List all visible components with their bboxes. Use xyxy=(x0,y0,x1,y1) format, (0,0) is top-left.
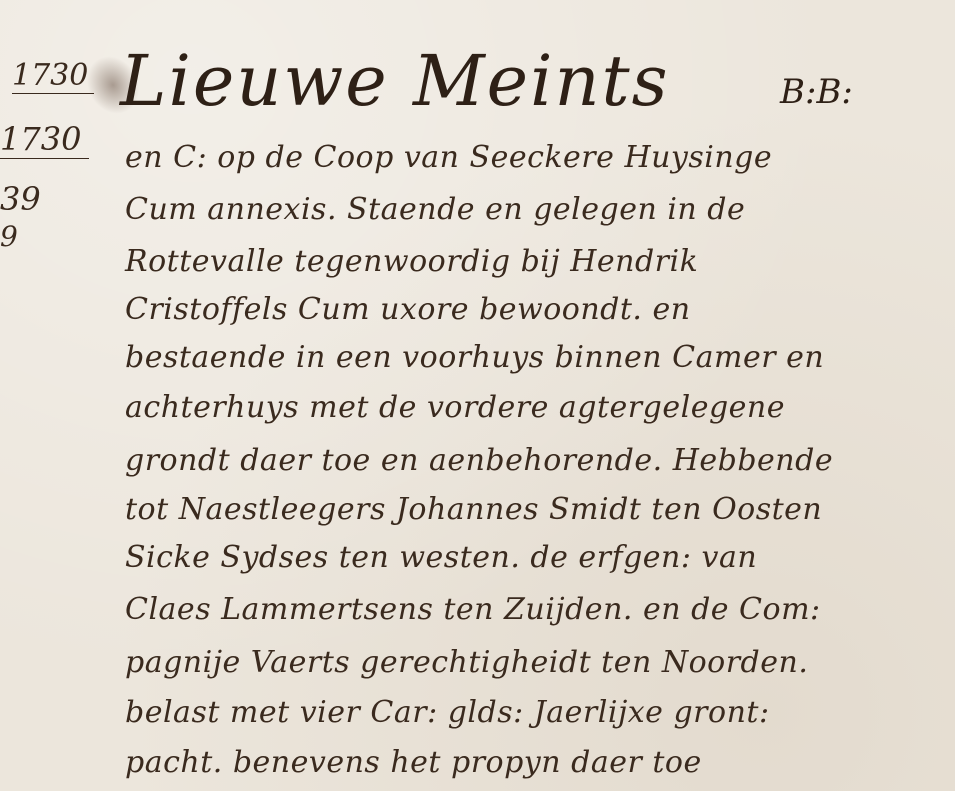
text-line: achterhuys met de vordere agtergelegene xyxy=(125,390,785,425)
text-line: grondt daer toe en aenbehorende. Hebbend… xyxy=(125,443,833,478)
margin-note-1: 1730 xyxy=(12,58,94,94)
text-line: Cum annexis. Staende en gelegen in de xyxy=(125,192,745,227)
text-line: Cristoffels Cum uxore bewoondt. en xyxy=(125,292,691,327)
text-line: pagnije Vaerts gerechtigheidt ten Noorde… xyxy=(125,645,808,680)
text-line: Claes Lammertsens ten Zuijden. en de Com… xyxy=(125,592,821,627)
margin-note-4: 9 xyxy=(0,220,18,253)
text-line: Rottevalle tegenwoordig bij Hendrik xyxy=(125,244,698,279)
margin-note-2: 1730 xyxy=(0,120,89,159)
document-title: Lieuwe Meints xyxy=(120,40,670,122)
text-line: tot Naestleegers Johannes Smidt ten Oost… xyxy=(125,492,822,527)
text-line: Sicke Sydses ten westen. de erfgen: van xyxy=(125,540,757,575)
text-line: en C: op de Coop van Seeckere Huysinge xyxy=(125,140,772,175)
text-line: bestaende in een voorhuys binnen Camer e… xyxy=(125,340,824,375)
text-line: pacht. benevens het propyn daer toe xyxy=(125,745,702,780)
text-line: belast met vier Car: glds: Jaerlijxe gro… xyxy=(125,695,770,730)
title-suffix: B:B: xyxy=(780,72,853,112)
margin-note-3: 39 xyxy=(0,180,41,218)
